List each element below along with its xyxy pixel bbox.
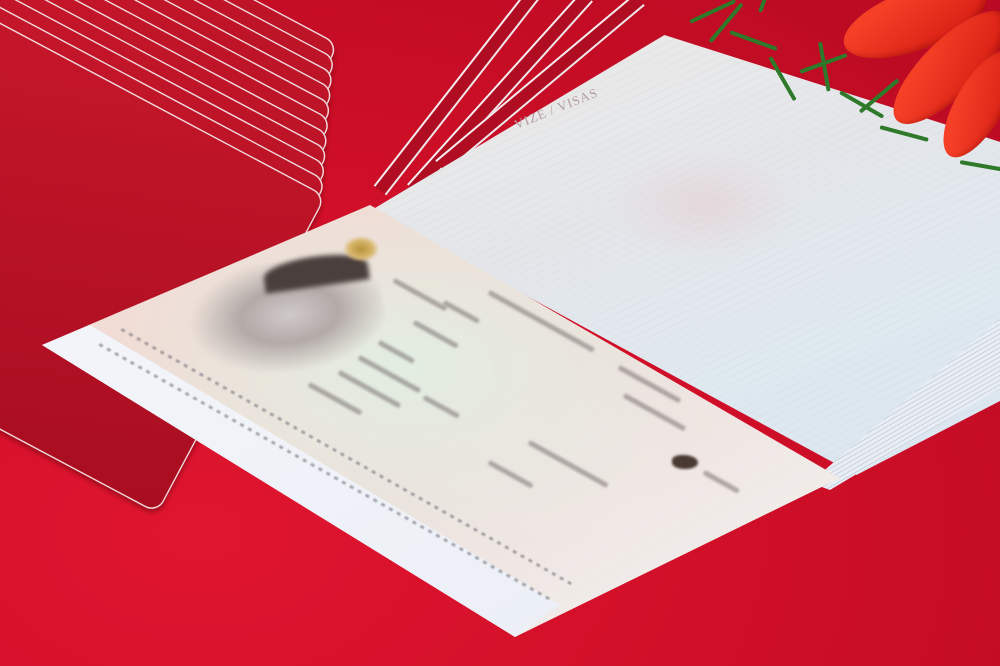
blurred-field [443, 300, 480, 324]
photo-scene: VIZE / VISAS [0, 0, 1000, 666]
decorative-greenery [620, 0, 1000, 180]
blurred-field [308, 382, 363, 415]
blurred-field [413, 320, 459, 349]
blurred-field [703, 470, 740, 494]
blurred-field [618, 365, 682, 403]
blurred-field [358, 355, 422, 393]
signature-mark [672, 455, 698, 469]
blurred-field [338, 370, 402, 408]
blurred-field [528, 440, 609, 488]
page-edges [810, 310, 1000, 490]
blurred-field [393, 278, 448, 311]
blurred-field [488, 460, 534, 489]
blurred-field [623, 393, 687, 431]
blurred-field [488, 290, 595, 353]
blurred-field [378, 340, 415, 364]
blurred-field [423, 395, 460, 419]
passport-stack [0, 0, 374, 416]
coat-of-arms-icon [343, 236, 379, 262]
